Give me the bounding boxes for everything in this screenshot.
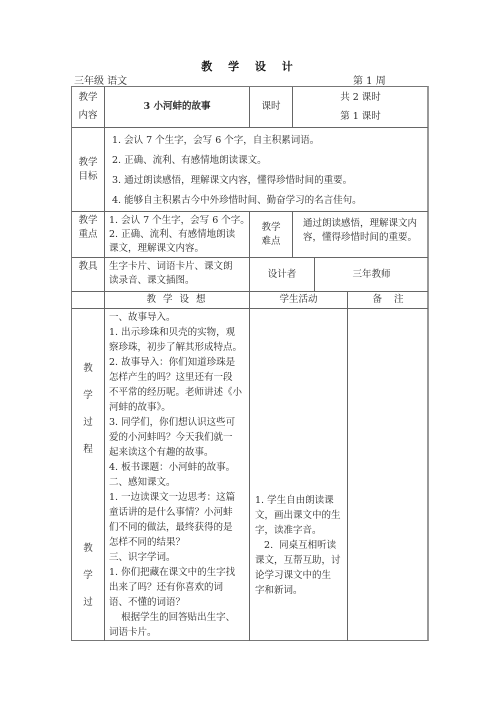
design-line: 出来了吗？还有你喜欢的词 <box>109 580 247 595</box>
goal-item: 3. 通过朗读感悟，理解课文内容，懂得珍惜时间的重要。 <box>112 174 428 188</box>
design-line: 不平常的经历呢。老师讲述《小 <box>109 385 247 400</box>
key-points-text: 1. 会认 7 个生字，会写 6 个字。 2. 正确、流利、有感情地朗读 课文，… <box>104 211 249 257</box>
design-line: 3. 同学们，你们想认识这些可 <box>109 415 247 430</box>
design-line: 怎样产生的吗？这里还有一段 <box>109 370 247 385</box>
total-periods: 共 2 课时 <box>340 91 381 105</box>
activity-line: 论学习课文中的生 <box>255 568 345 583</box>
notes-header: 备 注 <box>347 291 428 308</box>
design-line: 根据学生的回答贴出生字、 <box>109 610 247 625</box>
goals-label-line2: 目标 <box>78 170 97 184</box>
tools-label: 教具 <box>72 257 104 291</box>
notes-cell <box>347 308 428 641</box>
current-period: 第 1 课时 <box>340 110 381 124</box>
lesson-title: 3 小河蚌的故事 <box>104 87 249 127</box>
difficulty-label-line2: 难点 <box>261 235 280 249</box>
goals-label: 教学 目标 <box>72 127 104 211</box>
design-line: 童话讲的是什么事情？小河蚌 <box>109 505 247 520</box>
goal-item: 2. 正确、流利、有感情地朗读课文。 <box>112 154 428 168</box>
lesson-plan-table: 教学 内容 3 小河蚌的故事 课时 共 2 课时 第 1 课时 教学 目标 1.… <box>71 86 429 641</box>
design-line: 怎样不同的结果？ <box>109 535 247 550</box>
difficulty-line: 通过朗读感悟，理解课文内 <box>303 217 424 231</box>
designer-label: 设计者 <box>249 257 314 291</box>
difficulty-label-line1: 教学 <box>261 221 280 235</box>
design-line: 河蚌的故事》。 <box>109 400 247 415</box>
process-header-blank <box>72 291 104 308</box>
period-label: 课时 <box>249 87 292 127</box>
design-line: 起来读这个有趣的故事。 <box>109 445 247 460</box>
design-line: 语、不懂的词语？ <box>109 595 247 610</box>
design-header: 教 学 设 想 <box>104 291 249 308</box>
difficulty-text: 通过朗读感悟，理解课文内 容，懂得珍惜时间的重要。 <box>292 211 428 257</box>
process-label-char: 教 <box>72 542 104 556</box>
key-points-label: 教学 重点 <box>72 211 104 257</box>
tool-line: 生字卡片、词语卡片、课文朗 <box>109 260 245 274</box>
activity-line: 1. 学生自由朗读课 <box>255 493 345 508</box>
teaching-design-text: 一、故事导入。 1. 出示珍珠和贝壳的实物，观 察珍珠，初步了解其形成特点。 2… <box>104 308 249 641</box>
design-line: 2. 故事导入：你们知道珍珠是 <box>109 355 247 370</box>
tool-line: 读录音、课文插图。 <box>109 274 245 288</box>
design-line: 爱的小河蚌吗？今天我们就一 <box>109 430 247 445</box>
difficulty-line: 容，懂得珍惜时间的重要。 <box>303 231 424 245</box>
key-label-line1: 教学 <box>78 214 97 228</box>
goals-list: 1. 会认 7 个生字，会写 6 个字，自主积累词语。 2. 正确、流利、有感情… <box>104 127 428 211</box>
week-label: 第 1 周 <box>353 72 386 87</box>
design-line: 察珍珠，初步了解其形成特点。 <box>109 340 247 355</box>
student-activity-text: 1. 学生自由朗读课 文，画出课文中的生 字，读准字音。 2. 同桌互相听读 课… <box>249 308 347 641</box>
activity-line: 文，画出课文中的生 <box>255 508 345 523</box>
goals-label-line1: 教学 <box>78 156 97 170</box>
key-line: 2. 正确、流利、有感情地朗读 <box>109 228 245 242</box>
design-line: 词语卡片。 <box>109 625 247 640</box>
process-label: 教 学 过 程 教 学 过 <box>72 308 104 641</box>
process-label-char: 学 <box>72 389 104 403</box>
content-label: 教学 内容 <box>72 87 104 127</box>
process-label-char: 过 <box>72 596 104 610</box>
process-label-char: 学 <box>72 569 104 583</box>
design-line: 一、故事导入。 <box>109 310 247 325</box>
design-line: 1. 你们把藏在课文中的生字找 <box>109 565 247 580</box>
design-line: 1. 出示珍珠和贝壳的实物，观 <box>109 325 247 340</box>
process-label-char: 程 <box>72 443 104 457</box>
grade-subject: 三年级 语文 <box>74 72 127 87</box>
process-label-char: 教 <box>72 362 104 376</box>
key-line: 1. 会认 7 个生字，会写 6 个字。 <box>109 214 245 228</box>
design-line: 们不同的做法，最终获得的是 <box>109 520 247 535</box>
key-label-line2: 重点 <box>78 228 97 242</box>
designer-value: 三年教师 <box>314 257 428 291</box>
period-info: 共 2 课时 第 1 课时 <box>292 87 428 127</box>
activity-line: 课文，互帮互助，讨 <box>255 553 345 568</box>
design-line: 1. 一边读课文一边思考：这篇 <box>109 490 247 505</box>
design-line: 三、识字学词。 <box>109 550 247 565</box>
activity-line: 2. 同桌互相听读 <box>255 538 345 553</box>
goal-item: 1. 会认 7 个生字，会写 6 个字，自主积累词语。 <box>112 134 428 148</box>
activity-line: 字，读准字音。 <box>255 523 345 538</box>
activity-header: 学生活动 <box>249 291 347 308</box>
activity-line: 字和新词。 <box>255 583 345 598</box>
process-label-char: 过 <box>72 416 104 430</box>
design-line: 二、感知课文。 <box>109 475 247 490</box>
difficulty-label: 教学 难点 <box>249 211 292 257</box>
goal-item: 4. 能够自主积累古今中外珍惜时间、勤奋学习的名言佳句。 <box>112 194 428 208</box>
design-line: 4. 板书课题：小河蚌的故事。 <box>109 460 247 475</box>
tools-text: 生字卡片、词语卡片、课文朗 读录音、课文插图。 <box>104 257 249 291</box>
content-label-line2: 内容 <box>78 109 97 123</box>
content-label-line1: 教学 <box>78 91 97 105</box>
key-line: 课文，理解课文内容。 <box>109 242 245 256</box>
